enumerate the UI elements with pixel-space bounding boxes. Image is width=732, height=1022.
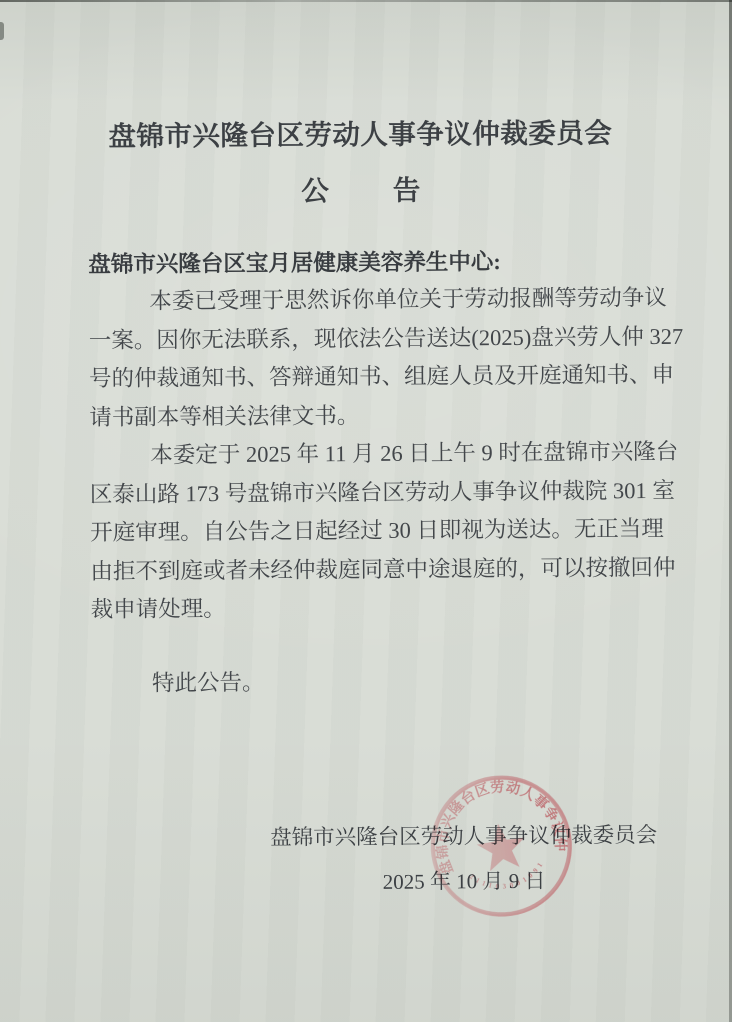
- seal-star-icon: [474, 820, 528, 872]
- body-line-6: 区泰山路 173 号盘锦市兴隆台区劳动人事争议仲裁院 301 室: [90, 472, 650, 514]
- notice-document: 盘锦市兴隆台区劳动人事争议仲裁委员会 公 告 盘锦市兴隆台区宝月居健康美容养生中…: [0, 0, 732, 1022]
- closing-line: 特此公告。: [91, 665, 264, 698]
- body-line-8: 由拒不到庭或者未经仲裁庭同意中途退庭的，可以按撤回仲: [90, 549, 650, 591]
- heading-char-gao: 告: [393, 168, 421, 208]
- notice-body: 本委已受理于思然诉你单位关于劳动报酬等劳动争议 一案。因你无法联系，现依法公告送…: [88, 279, 650, 629]
- body-line-5: 本委定于 2025 年 11 月 26 日上午 9 时在盘锦市兴隆台: [89, 433, 649, 475]
- photographed-notice-page: 盘锦市兴隆台区劳动人事争议仲裁委员会 公 告 盘锦市兴隆台区宝月居健康美容养生中…: [0, 0, 732, 1022]
- heading-char-gong: 公: [301, 168, 329, 208]
- official-seal: 盘锦市兴隆台区劳动人事争议仲裁委员会 2111030010918: [416, 761, 586, 931]
- committee-title: 盘锦市兴隆台区劳动人事争议仲裁委员会: [0, 109, 723, 154]
- body-line-9: 裁申请处理。: [91, 587, 651, 629]
- body-line-7: 开庭审理。自公告之日起经过 30 日即视为送达。无正当理: [90, 510, 650, 552]
- document-type-heading: 公 告: [0, 165, 724, 210]
- body-line-1: 本委已受理于思然诉你单位关于劳动报酬等劳动争议: [88, 279, 648, 321]
- body-line-2: 一案。因你无法联系，现依法公告送达(2025)盘兴劳人仲 327: [89, 318, 649, 360]
- body-line-4: 请书副本等相关法律文书。: [89, 395, 649, 437]
- body-line-3: 号的仲裁通知书、答辩通知书、组庭人员及开庭通知书、申: [89, 356, 649, 398]
- addressee-line: 盘锦市兴隆台区宝月居健康美容养生中心:: [88, 244, 501, 279]
